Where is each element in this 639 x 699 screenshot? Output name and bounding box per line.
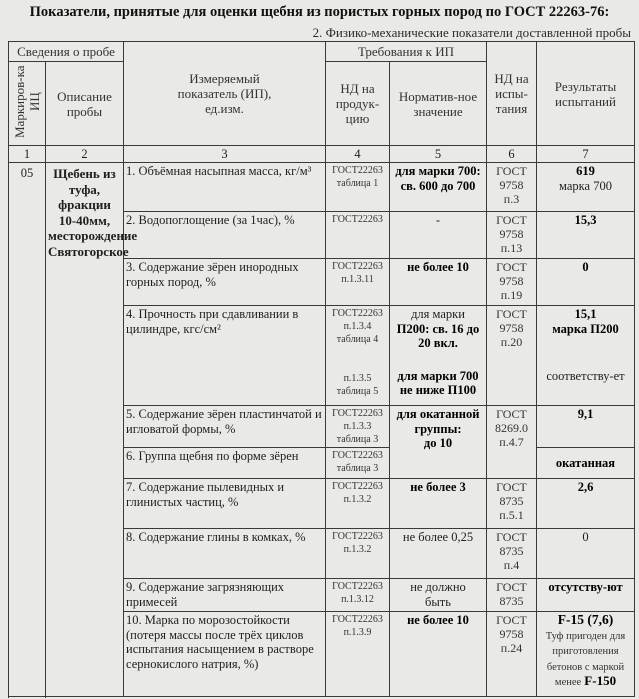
column-number: 2 (46, 146, 124, 163)
nd-test-line: ГОСТ (496, 213, 527, 227)
nd-product-line: таблица 5 (337, 386, 378, 397)
normative-cell: не должнобыть (390, 579, 487, 612)
result-value: 2,6 (578, 480, 594, 494)
header-sample-info: Сведения о пробе (9, 42, 124, 62)
normative-cell: не более 3 (390, 479, 487, 529)
nd-test-line: п.13 (501, 241, 522, 255)
nd-product-line: ГОСТ22263 (332, 214, 383, 225)
header-marking-text: Маркиров-ка ИЦ (12, 63, 42, 141)
column-number: 3 (124, 146, 326, 163)
header-requirements: Требования к ИП (326, 42, 487, 62)
parameter-cell: 5. Содержание зёрен пластинчатой и иглов… (124, 406, 326, 448)
sample-description: Щебень из туфа, фракции 10-40мм, месторо… (46, 163, 124, 697)
normative-line: не более 3 (410, 480, 466, 494)
nd-test-line: ГОСТ (496, 307, 527, 321)
nd-product-line: п.1.3.4 (344, 321, 372, 332)
normative-line: П200: св. 16 до (397, 322, 480, 336)
parameter-cell: 10. Марка по морозостойкости (потеря мас… (124, 612, 326, 697)
column-number: 5 (390, 146, 487, 163)
column-number: 1 (9, 146, 46, 163)
nd-product-line: ГОСТ22263 (332, 481, 383, 492)
nd-product-line: ГОСТ22263 (332, 165, 383, 176)
result-note: марка 700 (559, 179, 612, 193)
normative-line: для марки (411, 307, 465, 321)
nd-product-line: ГОСТ22263 (332, 450, 383, 461)
result-cell: отсутству-ют (537, 579, 635, 612)
result-note-grade: F-150 (584, 673, 616, 688)
nd-test-cell: ГОСТ9758п.20 (487, 306, 537, 406)
header-nd-test: НД на испы-тания (487, 42, 537, 146)
normative-line: не более 10 (407, 613, 469, 627)
nd-test-cell: ГОСТ8735п.4 (487, 529, 537, 579)
result-compliance: соответству-ет (546, 369, 624, 383)
nd-test-line: 8735 (500, 544, 524, 558)
result-cell: 0 (537, 529, 635, 579)
result-value: 15,1 (575, 307, 597, 321)
parameter-cell: 2. Водопоглощение (за 1час), % (124, 212, 326, 259)
nd-test-line: 9758 (500, 274, 524, 288)
parameter-cell: 1. Объёмная насыпная масса, кг/м³ (124, 163, 326, 212)
nd-test-cell: ГОСТ8269.0п.4.7 (487, 406, 537, 479)
nd-test-line: ГОСТ (496, 164, 527, 178)
normative-line: св. 600 до 700 (401, 179, 476, 193)
nd-test-line: п.3 (504, 192, 519, 206)
header-nd-product: НД на продук-цию (326, 62, 390, 146)
result-value: 0 (582, 260, 588, 274)
result-cell: 15,3 (537, 212, 635, 259)
result-value: окатанная (556, 456, 615, 470)
normative-line: не должно (410, 580, 466, 594)
nd-test-line: ГОСТ (496, 480, 527, 494)
result-cell: 9,1 (537, 406, 635, 448)
parameter-cell: 7. Содержание пылевидных и глинистых час… (124, 479, 326, 529)
result-cell: F-15 (7,6)Туф пригоден для приготовления… (537, 612, 635, 697)
nd-product-line: таблица 3 (337, 434, 378, 445)
result-cell: 15,1марка П200соответству-ет (537, 306, 635, 406)
nd-product-line: п.1.3.11 (341, 274, 373, 285)
normative-line: быть (425, 595, 451, 609)
document-title: Показатели, принятые для оценки щебня из… (0, 4, 639, 21)
result-value: 15,3 (575, 213, 597, 227)
result-cell: окатанная (537, 448, 635, 479)
normative-line: не более 10 (407, 260, 469, 274)
normative-line: не более 0,25 (403, 530, 473, 544)
result-value: 0 (582, 530, 588, 544)
nd-test-line: п.5.1 (499, 508, 523, 522)
normative-cell: не более 10 (390, 259, 487, 306)
nd-product-line: п.1.3.5 (344, 373, 372, 384)
document-subtitle: 2. Физико-механические показатели достав… (313, 25, 631, 41)
normative-cell: не более 10 (390, 612, 487, 697)
nd-test-line: п.20 (501, 335, 522, 349)
result-cell: 2,6 (537, 479, 635, 529)
nd-product-line: таблица 1 (337, 178, 378, 189)
nd-test-line: п.19 (501, 288, 522, 302)
nd-test-line: 9758 (500, 627, 524, 641)
normative-line: для марки 700 (397, 369, 478, 383)
normative-line: для марки 700: (395, 164, 480, 178)
nd-product-line: п.1.3.12 (341, 594, 374, 605)
nd-test-line: 9758 (500, 321, 524, 335)
normative-cell: - (390, 212, 487, 259)
nd-test-line: 8735 (500, 594, 524, 608)
nd-product-cell: ГОСТ22263п.1.3.3таблица 3 (326, 406, 390, 448)
nd-product-line: п.1.3.2 (344, 494, 372, 505)
nd-test-cell: ГОСТ8735 (487, 579, 537, 612)
nd-test-cell: ГОСТ9758п.19 (487, 259, 537, 306)
nd-product-line: таблица 4 (337, 334, 378, 345)
nd-test-line: п.4 (504, 558, 519, 572)
nd-test-line: 9758 (500, 227, 524, 241)
header-marking: Маркиров-ка ИЦ (9, 62, 46, 146)
header-results: Результаты испытаний (537, 42, 635, 146)
normative-line: не ниже П100 (400, 383, 476, 397)
nd-product-line: ГОСТ22263 (332, 408, 383, 419)
test-results-table: Сведения о пробе Измеряемый показатель (… (8, 41, 635, 697)
parameter-cell: 4. Прочность при сдавливании в цилиндре,… (124, 306, 326, 406)
nd-test-line: п.24 (501, 641, 522, 655)
nd-product-line: п.1.3.9 (344, 627, 372, 638)
nd-product-cell: ГОСТ22263п.1.3.9 (326, 612, 390, 697)
nd-test-line: 9758 (500, 178, 524, 192)
nd-product-cell: ГОСТ22263п.1.3.2 (326, 479, 390, 529)
nd-test-line: 8735 (500, 494, 524, 508)
normative-cell: для окатанной группы:до 10 (390, 406, 487, 479)
nd-test-cell: ГОСТ9758п.24 (487, 612, 537, 697)
nd-product-cell: ГОСТ22263п.1.3.2 (326, 529, 390, 579)
header-normative: Норматив-ное значение (390, 62, 487, 146)
result-note: марка П200 (552, 322, 619, 336)
nd-product-cell: ГОСТ22263таблица 1 (326, 163, 390, 212)
result-cell: 619марка 700 (537, 163, 635, 212)
nd-product-line: ГОСТ22263 (332, 614, 383, 625)
nd-test-line: ГОСТ (496, 613, 527, 627)
nd-test-cell: ГОСТ9758п.3 (487, 163, 537, 212)
header-parameter: Измеряемый показатель (ИП), ед.изм. (124, 42, 326, 146)
parameter-cell: 3. Содержание зёрен инородных горных пор… (124, 259, 326, 306)
result-value: 9,1 (578, 407, 594, 421)
parameter-cell: 6. Группа щебня по форме зёрен (124, 448, 326, 479)
nd-product-cell: ГОСТ22263таблица 3 (326, 448, 390, 479)
result-value: F-15 (7,6) (558, 612, 613, 627)
nd-product-line: п.1.3.2 (344, 544, 372, 555)
normative-line: 20 вкл. (418, 336, 458, 350)
parameter-cell: 9. Содержание загрязняющих примесей (124, 579, 326, 612)
nd-product-line: ГОСТ22263 (332, 581, 383, 592)
column-number: 4 (326, 146, 390, 163)
result-cell: 0 (537, 259, 635, 306)
header-description: Описание пробы (46, 62, 124, 146)
nd-test-line: ГОСТ (496, 260, 527, 274)
nd-test-line: п.4.7 (499, 435, 523, 449)
nd-product-line: ГОСТ22263 (332, 261, 383, 272)
nd-test-cell: ГОСТ8735п.5.1 (487, 479, 537, 529)
normative-line: для окатанной группы: (397, 407, 480, 436)
nd-product-cell: ГОСТ22263п.1.3.12 (326, 579, 390, 612)
nd-product-line: ГОСТ22263 (332, 308, 383, 319)
nd-product-line: таблица 3 (337, 463, 378, 474)
nd-test-line: ГОСТ (496, 530, 527, 544)
nd-test-cell: ГОСТ9758п.13 (487, 212, 537, 259)
result-value: 619 (576, 164, 595, 178)
nd-product-line: ГОСТ22263 (332, 531, 383, 542)
column-number: 6 (487, 146, 537, 163)
sample-marking: 05 (9, 163, 46, 697)
result-value: отсутству-ют (548, 580, 622, 594)
table-row: 05 Щебень из туфа, фракции 10-40мм, мест… (9, 163, 635, 212)
nd-product-line: п.1.3.3 (344, 421, 372, 432)
nd-product-cell: ГОСТ22263п.1.3.4таблица 4п.1.3.5таблица … (326, 306, 390, 406)
nd-product-cell: ГОСТ22263 (326, 212, 390, 259)
normative-cell: не более 0,25 (390, 529, 487, 579)
nd-product-cell: ГОСТ22263п.1.3.11 (326, 259, 390, 306)
nd-test-line: ГОСТ (496, 407, 527, 421)
header-row-1: Сведения о пробе Измеряемый показатель (… (9, 42, 635, 62)
parameter-cell: 8. Содержание глины в комках, % (124, 529, 326, 579)
normative-line: до 10 (424, 436, 452, 450)
column-numbers-row: 1 2 3 4 5 6 7 (9, 146, 635, 163)
nd-test-line: 8269.0 (495, 421, 528, 435)
nd-test-line: ГОСТ (496, 580, 527, 594)
normative-cell: для маркиП200: св. 16 до20 вкл.для марки… (390, 306, 487, 406)
column-number: 7 (537, 146, 635, 163)
normative-cell: для марки 700:св. 600 до 700 (390, 163, 487, 212)
